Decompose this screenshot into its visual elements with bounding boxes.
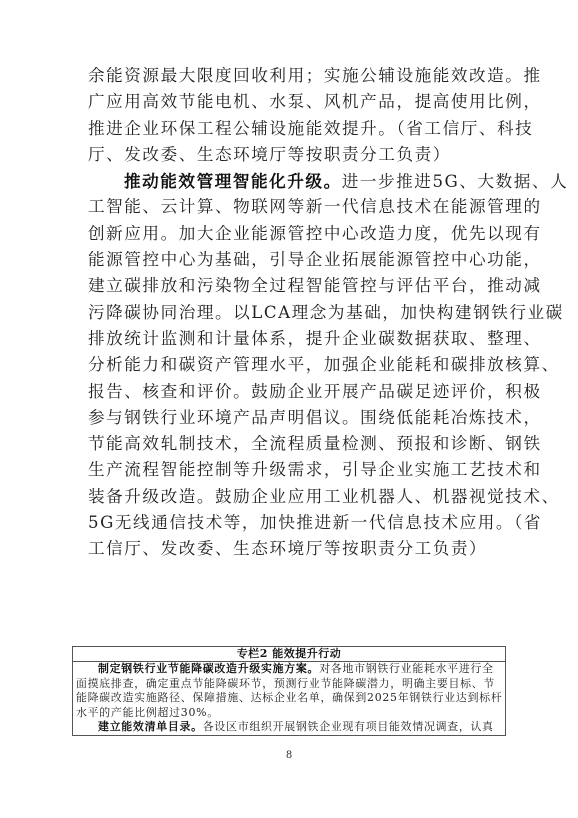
box-line-heading: 制定钢铁行业节能降碳改造升级实施方案。对各地市钢铁行业能耗水平进行全 <box>76 662 502 677</box>
body-text: 余能资源最大限度回收利用；实施公辅设施能效改造。推 广应用高效节能电机、水泵、风… <box>88 63 478 563</box>
feature-box: 专栏2 能效提升行动 制定钢铁行业节能降碳改造升级实施方案。对各地市钢铁行业能耗… <box>72 646 506 736</box>
body-line: 建立碳排放和污染物全过程智能管控与评估平台，推动减 <box>88 273 478 299</box>
body-line: 能源管控中心为基础，引导企业拓展能源管控中心功能， <box>88 247 478 273</box>
feature-box-title: 专栏2 能效提升行动 <box>73 647 505 662</box>
body-line-heading: 推动能效管理智能化升级。进一步推进5G、大数据、人 <box>88 168 478 194</box>
body-line: 分析能力和碳资产管理水平，加强企业能耗和碳排放核算、 <box>88 352 478 378</box>
body-line: 装备升级改造。鼓励企业应用工业机器人、机器视觉技术、 <box>88 484 478 510</box>
body-line: 参与钢铁行业环境产品声明倡议。围绕低能耗冶炼技术， <box>88 405 478 431</box>
box-line: 能降碳改造实施路径、保障措施、达标企业名单，确保到2025年钢铁行业达到标杆 <box>76 691 502 706</box>
box-item-heading: 建立能效清单目录。 <box>98 720 203 733</box>
box-line: 水平的产能比例超过30%。 <box>76 706 502 721</box>
paragraph-heading: 推动能效管理智能化升级。 <box>124 171 342 191</box>
document-page: 余能资源最大限度回收利用；实施公辅设施能效改造。推 广应用高效节能电机、水泵、风… <box>0 0 578 818</box>
feature-box-body: 制定钢铁行业节能降碳改造升级实施方案。对各地市钢铁行业能耗水平进行全 面摸底排查… <box>73 662 505 735</box>
body-line: 推进企业环保工程公辅设施能效提升。（省工信厅、科技 <box>88 116 478 142</box>
body-line: 污降碳协同治理。以LCA理念为基础，加快构建钢铁行业碳 <box>88 300 478 326</box>
body-line: 排放统计监测和计量体系，提升企业碳数据获取、整理、 <box>88 326 478 352</box>
page-number: 8 <box>0 750 578 761</box>
body-line: 生产流程智能控制等升级需求，引导企业实施工艺技术和 <box>88 457 478 483</box>
body-line: 5G无线通信技术等，加快推进新一代信息技术应用。（省 <box>88 510 478 536</box>
box-line-text: 各设区市组织开展钢铁企业现有项目能效情况调查，认真 <box>203 720 494 733</box>
body-line-text: 进一步推进5G、大数据、人 <box>342 172 569 191</box>
box-line-text: 对各地市钢铁行业能耗水平进行全 <box>319 662 494 675</box>
body-line: 广应用高效节能电机、水泵、风机产品，提高使用比例， <box>88 89 478 115</box>
body-line: 创新应用。加大企业能源管控中心改造力度，优先以现有 <box>88 221 478 247</box>
body-line: 报告、核查和评价。鼓励企业开展产品碳足迹评价，积极 <box>88 379 478 405</box>
body-line: 工智能、云计算、物联网等新一代信息技术在能源管理的 <box>88 194 478 220</box>
body-line: 余能资源最大限度回收利用；实施公辅设施能效改造。推 <box>88 63 478 89</box>
box-line: 面摸底排查，确定重点节能降碳环节，预测行业节能降碳潜力，明确主要目标、节 <box>76 677 502 692</box>
box-item-heading: 制定钢铁行业节能降碳改造升级实施方案。 <box>98 662 319 675</box>
body-line: 节能高效轧制技术，全流程质量检测、预报和诊断、钢铁 <box>88 431 478 457</box>
body-line: 工信厅、发改委、生态环境厅等按职责分工负责） <box>88 536 478 562</box>
box-line-heading: 建立能效清单目录。各设区市组织开展钢铁企业现有项目能效情况调查，认真 <box>76 720 502 735</box>
body-line: 厅、发改委、生态环境厅等按职责分工负责） <box>88 142 478 168</box>
